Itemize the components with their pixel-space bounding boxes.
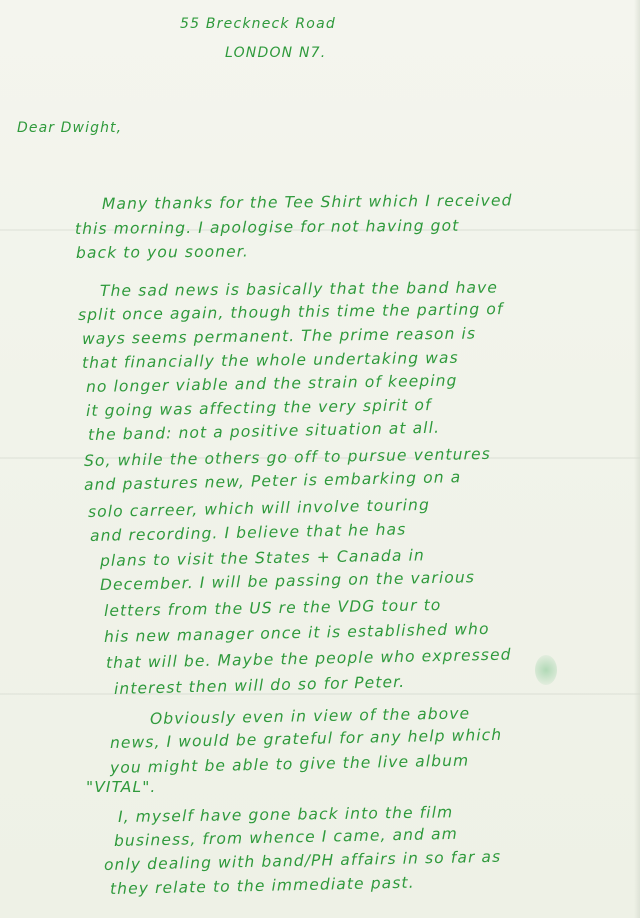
letter-line: that financially the whole undertaking w… xyxy=(82,349,459,372)
letter-line: December. I will be passing on the vario… xyxy=(100,568,475,594)
letter-line: the band: not a positive situation at al… xyxy=(88,419,440,444)
letter-line: Obviously even in view of the above xyxy=(150,704,471,728)
letter-line: solo carreer, which will involve touring xyxy=(88,496,430,521)
letter-line: ways seems permanent. The prime reason i… xyxy=(82,324,476,348)
letter-line: "VITAL". xyxy=(86,778,156,796)
letter-line: The sad news is basically that the band … xyxy=(100,279,498,300)
address-line-street: 55 Breckneck Road xyxy=(180,16,336,32)
letter-line: no longer viable and the strain of keepi… xyxy=(86,372,458,396)
letter-line: and pastures new, Peter is embarking on … xyxy=(84,468,462,494)
letter-page: 55 Breckneck Road LONDON N7. Dear Dwight… xyxy=(0,0,640,918)
letter-line: back to you sooner. xyxy=(76,242,249,262)
ink-smudge xyxy=(535,655,557,685)
salutation: Dear Dwight, xyxy=(17,120,122,136)
letter-line: letters from the US re the VDG tour to xyxy=(104,596,442,620)
letter-line: Many thanks for the Tee Shirt which I re… xyxy=(102,191,513,213)
letter-line: and recording. I believe that he has xyxy=(90,520,407,545)
letter-line: this morning. I apologise for not having… xyxy=(75,217,460,238)
letter-line: they relate to the immediate past. xyxy=(110,874,415,898)
letter-line: it going was affecting the very spirit o… xyxy=(86,396,432,420)
letter-line: news, I would be grateful for any help w… xyxy=(110,726,503,752)
letter-line: business, from whence I came, and am xyxy=(114,825,458,850)
letter-line: you might be able to give the live album xyxy=(110,751,470,777)
paper-edge-shadow xyxy=(634,0,640,918)
letter-line: that will be. Maybe the people who expre… xyxy=(106,646,512,672)
address-line-city: LONDON N7. xyxy=(225,45,326,61)
letter-line: plans to visit the States + Canada in xyxy=(100,546,425,570)
letter-line: I, myself have gone back into the film xyxy=(118,803,453,826)
letter-line: split once again, though this time the p… xyxy=(78,300,504,324)
letter-line: So, while the others go off to pursue ve… xyxy=(84,445,491,470)
letter-line: only dealing with band/PH affairs in so … xyxy=(104,848,502,874)
letter-line: his new manager once it is established w… xyxy=(104,620,490,646)
paper-fold-line xyxy=(0,693,640,695)
